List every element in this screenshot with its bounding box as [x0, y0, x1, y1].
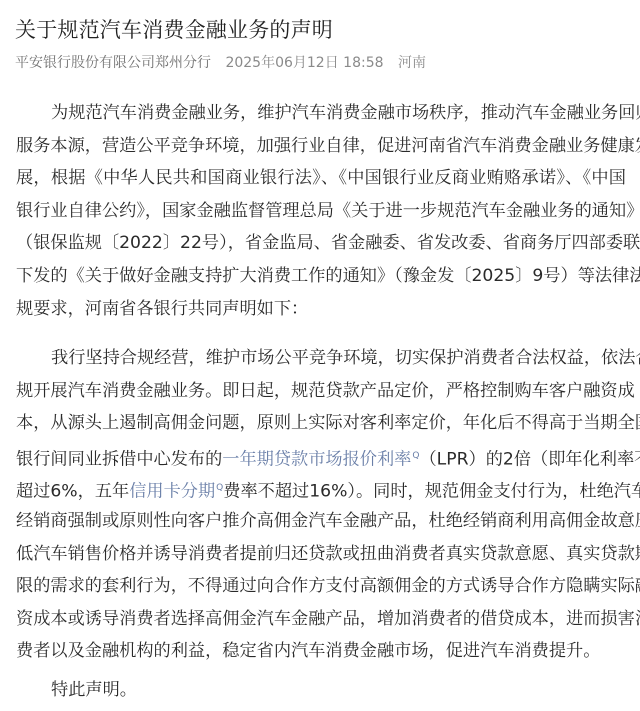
- text-segment: 超过6%，五年: [16, 482, 129, 502]
- text-line: 规要求，河南省各银行共同声明如下：: [16, 293, 626, 326]
- text-line: 下发的《关于做好金融支持扩大消费工作的通知》（豫金发〔2025〕9号）等法律法: [16, 260, 626, 293]
- text-line: 银行业自律公约》，国家金融监督管理总局《关于进一步规范汽车金融业务的通知》: [16, 195, 626, 228]
- paragraph-closing: 特此声明。: [16, 674, 626, 707]
- credit-card-installment-link[interactable]: 信用卡分期: [129, 482, 215, 502]
- publish-datetime: 2025年06月12日 18:58: [225, 55, 383, 71]
- text-line: 限的需求的套利行为，不得通过向合作方支付高额佣金的方式诱导合作方隐瞒实际融: [16, 570, 626, 603]
- text-line: 为规范汽车消费金融业务，维护汽车消费金融市场秩序，推动汽车金融业务回归: [16, 97, 626, 130]
- text-line: 银行间同业拆借中心发布的一年期贷款市场报价利率Q（LPR）的2倍（即年化利率不: [16, 440, 626, 473]
- location-label: 河南: [398, 55, 426, 71]
- text-line: 规开展汽车消费金融业务。即日起，规范贷款产品定价，严格控制购车客户融资成: [16, 375, 626, 408]
- source-link[interactable]: 平安银行股份有限公司郑州分行: [15, 55, 211, 71]
- text-line: 展，根据《中华人民共和国商业银行法》、《中国银行业反商业贿赂承诺》、《中国: [16, 162, 626, 195]
- paragraph-1: 为规范汽车消费金融业务，维护汽车消费金融市场秩序，推动汽车金融业务回归 服务本源…: [16, 97, 626, 325]
- text-segment: （LPR）的2倍（即年化利率不: [419, 450, 640, 470]
- text-line: 我行坚持合规经营，维护市场公平竞争环境，切实保护消费者合法权益，依法合: [16, 342, 626, 375]
- paragraph-2: 我行坚持合规经营，维护市场公平竞争环境，切实保护消费者合法权益，依法合 规开展汽…: [16, 342, 626, 668]
- text-segment: 银行间同业拆借中心发布的: [16, 450, 222, 470]
- article-title: 关于规范汽车消费金融业务的声明: [15, 15, 333, 45]
- lpr-keyword-link[interactable]: 一年期贷款市场报价利率: [222, 450, 411, 470]
- text-line: 费者以及金融机构的利益，稳定省内汽车消费金融市场，促进汽车消费提升。: [16, 635, 626, 668]
- article-meta: 平安银行股份有限公司郑州分行 2025年06月12日 18:58 河南: [15, 53, 436, 73]
- text-line: 低汽车销售价格并诱导消费者提前归还贷款或扭曲消费者真实贷款意愿、真实贷款期: [16, 538, 626, 571]
- text-line: 经销商强制或原则性向客户推介高佣金汽车金融产品，杜绝经销商利用高佣金故意压: [16, 505, 626, 538]
- text-line: （银保监规〔2022〕22号），省金监局、省金融委、省发改委、省商务厅四部委联合: [16, 227, 626, 260]
- text-line: 超过6%，五年信用卡分期Q费率不超过16%）。同时，规范佣金支付行为，杜绝汽车: [16, 472, 626, 505]
- text-segment: 费率不超过16%）。同时，规范佣金支付行为，杜绝汽车: [223, 482, 640, 502]
- text-line: 资成本或诱导消费者选择高佣金汽车金融产品，增加消费者的借贷成本，进而损害消: [16, 603, 626, 636]
- closing-statement: 特此声明。: [16, 674, 626, 707]
- text-line: 本，从源头上遏制高佣金问题，原则上实际对客利率定价，年化后不得高于当期全国: [16, 407, 626, 440]
- text-line: 服务本源，营造公平竞争环境，加强行业自律，促进河南省汽车消费金融业务健康发: [16, 130, 626, 163]
